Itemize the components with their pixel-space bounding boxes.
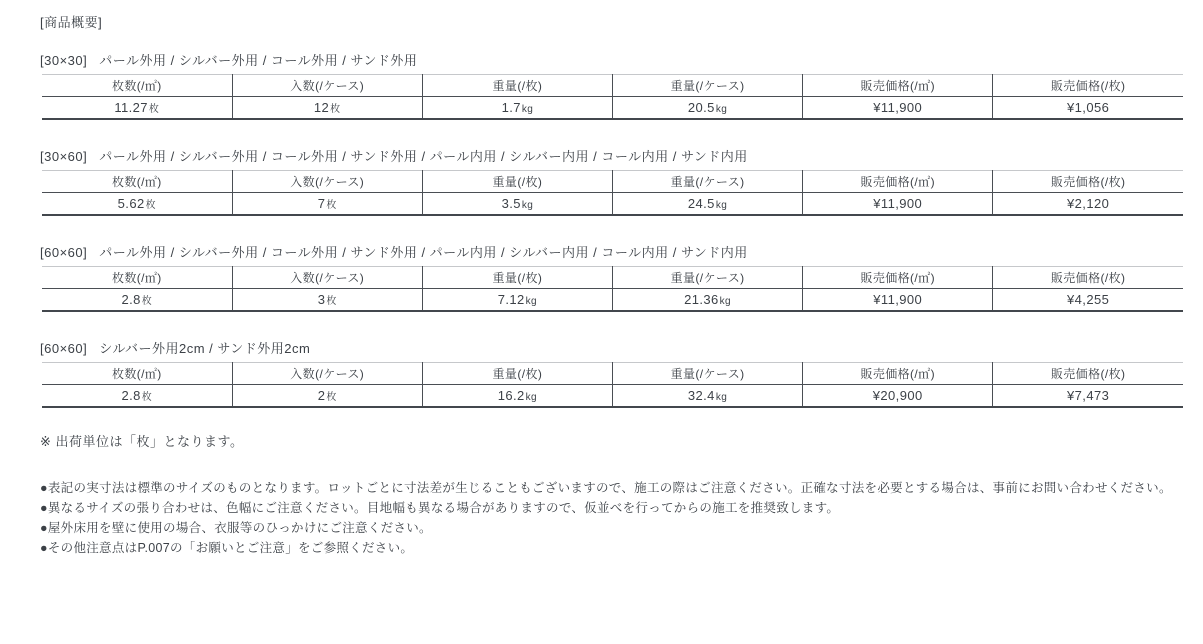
table-cell: 5.62枚 <box>42 193 232 216</box>
note-item: ●異なるサイズの張り合わせは、色幅にご注意ください。目地幅も異なる場合があります… <box>40 498 1183 518</box>
column-header: 販売価格(/㎡) <box>803 267 993 289</box>
column-header: 販売価格(/㎡) <box>803 171 993 193</box>
table-header-row: 枚数(/㎡)入数(/ケース)重量(/枚)重量(/ケース)販売価格(/㎡)販売価格… <box>42 75 1183 97</box>
column-header: 枚数(/㎡) <box>42 363 232 385</box>
column-header: 重量(/枚) <box>422 267 612 289</box>
table-cell: 20.5kg <box>612 97 802 120</box>
table-cell: 21.36kg <box>612 289 802 312</box>
shipping-unit-note: ※ 出荷単位は「枚」となります。 <box>40 434 1183 450</box>
column-header: 販売価格(/枚) <box>993 75 1183 97</box>
column-header: 販売価格(/枚) <box>993 171 1183 193</box>
column-header: 販売価格(/㎡) <box>803 363 993 385</box>
table-header-row: 枚数(/㎡)入数(/ケース)重量(/枚)重量(/ケース)販売価格(/㎡)販売価格… <box>42 267 1183 289</box>
table-data-row: 11.27枚12枚1.7kg20.5kg¥11,900¥1,056 <box>42 97 1183 120</box>
spec-table: 枚数(/㎡)入数(/ケース)重量(/枚)重量(/ケース)販売価格(/㎡)販売価格… <box>42 170 1183 216</box>
note-item: ●屋外床用を壁に使用の場合、衣服等のひっかけにご注意ください。 <box>40 518 1183 538</box>
table-cell: ¥11,900 <box>803 289 993 312</box>
variant-list: シルバー外用2cm / サンド外用2cm <box>99 341 310 356</box>
spec-table: 枚数(/㎡)入数(/ケース)重量(/枚)重量(/ケース)販売価格(/㎡)販売価格… <box>42 362 1183 408</box>
table-cell: 16.2kg <box>422 385 612 408</box>
size-label: [30×60] <box>40 149 87 164</box>
page-title: [商品概要] <box>40 14 1183 31</box>
note-item: ●表記の実寸法は標準のサイズのものとなります。ロットごとに寸法差が生じることもご… <box>40 478 1183 498</box>
table-cell: 3.5kg <box>422 193 612 216</box>
table-cell: ¥20,900 <box>803 385 993 408</box>
section-heading: [30×60]パール外用 / シルバー外用 / コール外用 / サンド外用 / … <box>40 148 1183 165</box>
size-label: [60×60] <box>40 341 87 356</box>
column-header: 重量(/枚) <box>422 75 612 97</box>
column-header: 重量(/ケース) <box>612 267 802 289</box>
column-header: 重量(/ケース) <box>612 171 802 193</box>
table-cell: 12枚 <box>232 97 422 120</box>
spec-table-container: 枚数(/㎡)入数(/ケース)重量(/枚)重量(/ケース)販売価格(/㎡)販売価格… <box>40 266 1183 312</box>
table-cell: ¥7,473 <box>993 385 1183 408</box>
table-cell: ¥2,120 <box>993 193 1183 216</box>
column-header: 入数(/ケース) <box>232 75 422 97</box>
column-header: 枚数(/㎡) <box>42 171 232 193</box>
table-cell: 1.7kg <box>422 97 612 120</box>
spec-section-30x60: [30×60]パール外用 / シルバー外用 / コール外用 / サンド外用 / … <box>40 148 1183 216</box>
table-cell: ¥11,900 <box>803 97 993 120</box>
size-label: [30×30] <box>40 53 87 68</box>
table-cell: 24.5kg <box>612 193 802 216</box>
section-heading: [60×60]シルバー外用2cm / サンド外用2cm <box>40 340 1183 357</box>
notes-list: ●表記の実寸法は標準のサイズのものとなります。ロットごとに寸法差が生じることもご… <box>40 478 1183 558</box>
table-cell: ¥4,255 <box>993 289 1183 312</box>
table-cell: ¥11,900 <box>803 193 993 216</box>
spec-table-container: 枚数(/㎡)入数(/ケース)重量(/枚)重量(/ケース)販売価格(/㎡)販売価格… <box>40 74 1183 120</box>
column-header: 重量(/枚) <box>422 171 612 193</box>
size-label: [60×60] <box>40 245 87 260</box>
table-header-row: 枚数(/㎡)入数(/ケース)重量(/枚)重量(/ケース)販売価格(/㎡)販売価格… <box>42 363 1183 385</box>
section-heading: [60×60]パール外用 / シルバー外用 / コール外用 / サンド外用 / … <box>40 244 1183 261</box>
section-heading: [30×30]パール外用 / シルバー外用 / コール外用 / サンド外用 <box>40 52 1183 69</box>
table-data-row: 2.8枚3枚7.12kg21.36kg¥11,900¥4,255 <box>42 289 1183 312</box>
variant-list: パール外用 / シルバー外用 / コール外用 / サンド外用 <box>99 53 417 68</box>
table-cell: 2.8枚 <box>42 385 232 408</box>
spec-section-60x60-2cm: [60×60]シルバー外用2cm / サンド外用2cm 枚数(/㎡)入数(/ケー… <box>40 340 1183 408</box>
table-cell: 11.27枚 <box>42 97 232 120</box>
column-header: 販売価格(/枚) <box>993 363 1183 385</box>
column-header: 入数(/ケース) <box>232 267 422 289</box>
note-item: ●その他注意点はP.007の「お願いとご注意」をご参照ください。 <box>40 538 1183 558</box>
spec-table: 枚数(/㎡)入数(/ケース)重量(/枚)重量(/ケース)販売価格(/㎡)販売価格… <box>42 74 1183 120</box>
spec-table-container: 枚数(/㎡)入数(/ケース)重量(/枚)重量(/ケース)販売価格(/㎡)販売価格… <box>40 362 1183 408</box>
table-cell: ¥1,056 <box>993 97 1183 120</box>
table-cell: 7.12kg <box>422 289 612 312</box>
column-header: 販売価格(/枚) <box>993 267 1183 289</box>
spec-section-60x60: [60×60]パール外用 / シルバー外用 / コール外用 / サンド外用 / … <box>40 244 1183 312</box>
column-header: 重量(/ケース) <box>612 75 802 97</box>
column-header: 入数(/ケース) <box>232 363 422 385</box>
spec-section-30x30: [30×30]パール外用 / シルバー外用 / コール外用 / サンド外用 枚数… <box>40 52 1183 120</box>
table-cell: 2.8枚 <box>42 289 232 312</box>
table-cell: 2枚 <box>232 385 422 408</box>
spec-table-container: 枚数(/㎡)入数(/ケース)重量(/枚)重量(/ケース)販売価格(/㎡)販売価格… <box>40 170 1183 216</box>
column-header: 販売価格(/㎡) <box>803 75 993 97</box>
spec-table: 枚数(/㎡)入数(/ケース)重量(/枚)重量(/ケース)販売価格(/㎡)販売価格… <box>42 266 1183 312</box>
column-header: 重量(/枚) <box>422 363 612 385</box>
variant-list: パール外用 / シルバー外用 / コール外用 / サンド外用 / パール内用 /… <box>99 149 748 164</box>
column-header: 枚数(/㎡) <box>42 75 232 97</box>
table-data-row: 2.8枚2枚16.2kg32.4kg¥20,900¥7,473 <box>42 385 1183 408</box>
table-data-row: 5.62枚7枚3.5kg24.5kg¥11,900¥2,120 <box>42 193 1183 216</box>
column-header: 枚数(/㎡) <box>42 267 232 289</box>
table-cell: 3枚 <box>232 289 422 312</box>
product-overview-page: [商品概要] [30×30]パール外用 / シルバー外用 / コール外用 / サ… <box>0 0 1203 644</box>
variant-list: パール外用 / シルバー外用 / コール外用 / サンド外用 / パール内用 /… <box>99 245 748 260</box>
column-header: 入数(/ケース) <box>232 171 422 193</box>
table-cell: 32.4kg <box>612 385 802 408</box>
table-cell: 7枚 <box>232 193 422 216</box>
column-header: 重量(/ケース) <box>612 363 802 385</box>
table-header-row: 枚数(/㎡)入数(/ケース)重量(/枚)重量(/ケース)販売価格(/㎡)販売価格… <box>42 171 1183 193</box>
